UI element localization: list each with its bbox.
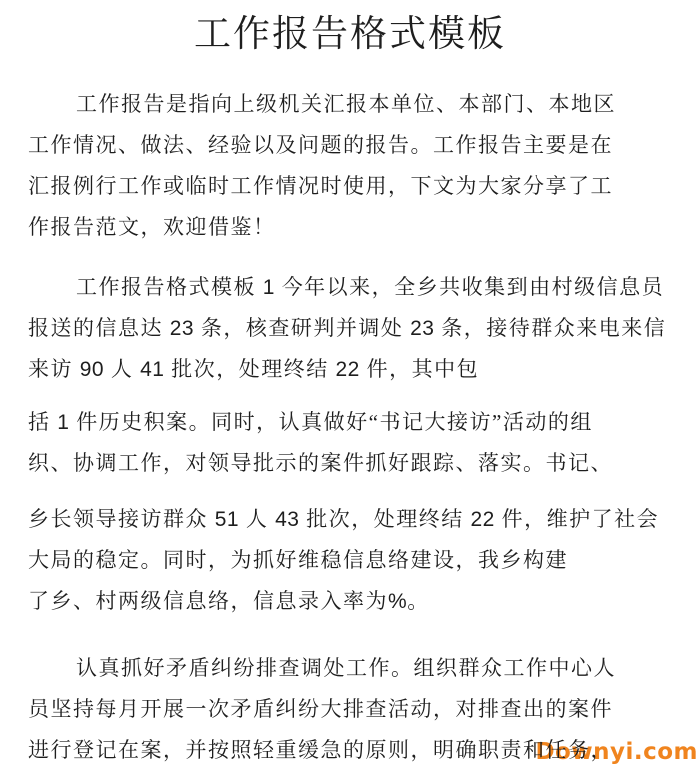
document-page: 工作报告格式模板 工作报告是指向上级机关汇报本单位、本部门、本地区 工作情况、做… — [0, 0, 700, 774]
text-line: 工作情况、做法、经验以及问题的报告。工作报告主要是在 — [28, 125, 686, 166]
paragraph-dispute-investigation: 认真抓好矛盾纠纷排查调处工作。组织群众工作中心人 员坚持每月开展一次矛盾纠纷大排… — [28, 648, 686, 771]
text-line: 报送的信息达 23 条，核查研判并调处 23 条，接待群众来电来信 — [28, 308, 686, 349]
text-line: 织、协调工作，对领导批示的案件抓好跟踪、落实。书记、 — [28, 443, 686, 484]
text-line: 工作报告是指向上级机关汇报本单位、本部门、本地区 — [28, 84, 686, 125]
text-line: 括 1 件历史积案。同时，认真做好“书记大接访”活动的组 — [28, 402, 686, 443]
text-line: 员坚持每月开展一次矛盾纠纷大排查活动，对排查出的案件 — [28, 689, 686, 730]
text-line: 大局的稳定。同时，为抓好维稳信息络建设，我乡构建 — [28, 540, 686, 581]
document-title: 工作报告格式模板 — [0, 0, 700, 62]
paragraph-intro: 工作报告是指向上级机关汇报本单位、本部门、本地区 工作情况、做法、经验以及问题的… — [28, 84, 686, 248]
paragraph-leader-visits: 乡长领导接访群众 51 人 43 批次，处理终结 22 件，维护了社会 大局的稳… — [28, 499, 686, 622]
text-line: 作报告范文，欢迎借鉴！ — [28, 207, 686, 248]
text-line: 来访 90 人 41 批次，处理终结 22 件，其中包 — [28, 349, 686, 390]
text-line: 汇报例行工作或临时工作情况时使用，下文为大家分享了工 — [28, 166, 686, 207]
text-line: 工作报告格式模板 1 今年以来，全乡共收集到由村级信息员 — [28, 267, 686, 308]
text-line: 了乡、村两级信息络，信息录入率为%。 — [28, 581, 686, 622]
text-line: 乡长领导接访群众 51 人 43 批次，处理终结 22 件，维护了社会 — [28, 499, 686, 540]
document-body: 工作报告是指向上级机关汇报本单位、本部门、本地区 工作情况、做法、经验以及问题的… — [0, 84, 700, 771]
paragraph-template-1: 工作报告格式模板 1 今年以来，全乡共收集到由村级信息员 报送的信息达 23 条… — [28, 267, 686, 390]
paragraph-history-cases: 括 1 件历史积案。同时，认真做好“书记大接访”活动的组 织、协调工作，对领导批… — [28, 402, 686, 484]
text-line: 进行登记在案，并按照轻重缓急的原则，明确职责和任务， — [28, 730, 686, 771]
text-line: 认真抓好矛盾纠纷排查调处工作。组织群众工作中心人 — [28, 648, 686, 689]
